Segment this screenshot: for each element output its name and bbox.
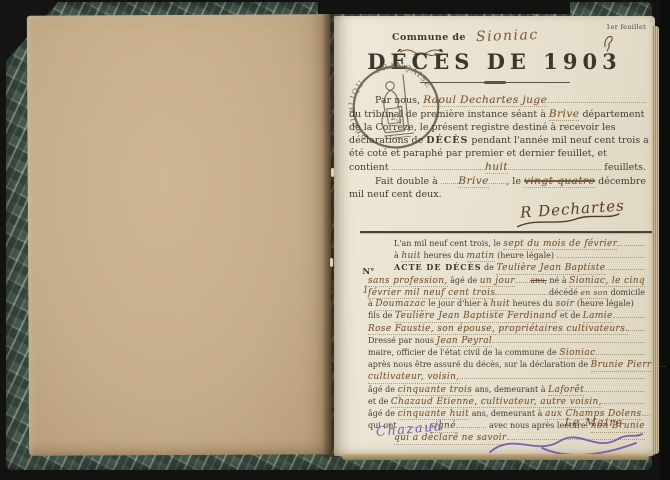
handwritten-text: février mil neuf cent trois <box>368 288 495 299</box>
printed-text: décembre <box>595 175 646 188</box>
handwritten-text: sept du mois de février <box>503 239 617 250</box>
printed-text: né à <box>547 276 569 286</box>
form-line: fils de Teulière Jean Baptiste Ferdinand… <box>368 311 645 323</box>
form-line: contient huit feuillets. <box>349 160 646 174</box>
handwritten-small: en son <box>580 288 608 299</box>
ruled-fill <box>441 175 458 184</box>
printed-text: Dressé par nous <box>368 336 437 346</box>
printed-caps: DÉCÈS <box>426 134 468 147</box>
ruled-fill <box>584 384 645 392</box>
page-stack-edge <box>652 26 659 454</box>
scan-backdrop <box>660 0 670 480</box>
printed-text: (heure légale) <box>495 251 557 261</box>
handwritten-text: cinquante trois <box>398 385 473 396</box>
handwritten-text: huit <box>401 251 421 262</box>
binding-stitch <box>330 258 333 267</box>
ruled-fill <box>642 408 650 416</box>
ruled-fill <box>508 161 601 170</box>
printed-text: de la Corrèze, le présent registre desti… <box>349 121 616 134</box>
ruled-fill <box>515 275 530 283</box>
handwritten-text: Rose Faustie, son épouse, propriétaires … <box>368 324 628 335</box>
form-line: et de Chazaud Etienne, cultivateur, autr… <box>368 396 645 408</box>
handwritten-text: Doumazac <box>375 299 425 310</box>
page-stack-edge-bottom <box>342 454 648 460</box>
form-line: ACTE DE DÉCÈS de Teulière Jean Baptiste <box>394 262 645 274</box>
ruled-fill <box>460 372 645 380</box>
ruled-fill <box>617 238 645 246</box>
printed-text: le jour d'hier à <box>426 299 491 309</box>
printed-text: ans, demeurant à <box>472 385 548 395</box>
printed-text: été coté et paraphé par premier et derni… <box>349 147 607 160</box>
register-page: 1er feuillet Commune de Sioniac DÉCÈS DE… <box>334 16 655 456</box>
handwritten-text: Teulière Jean Baptiste <box>496 263 605 274</box>
printed-text: âgé de <box>448 276 480 286</box>
handwritten-text: Laforêt <box>548 385 584 396</box>
ruled-fill <box>596 347 646 355</box>
folio-label: 1er feuillet <box>606 23 646 31</box>
handwritten-text: sans profession, <box>368 276 448 287</box>
handwritten-text: huit <box>485 160 508 174</box>
printed-text: , le <box>506 175 524 188</box>
printed-text: âgé de <box>368 409 398 419</box>
form-line: du tribunal de première instance séant à… <box>349 107 646 121</box>
printed-text: contient <box>349 161 392 174</box>
handwritten-text: un jour <box>480 276 515 287</box>
printed-text: de <box>482 263 497 273</box>
form-line: été coté et paraphé par premier et derni… <box>349 147 646 160</box>
form-line: à huit heures du matin (heure légale) <box>394 250 645 262</box>
printed-text: mil neuf cent deux. <box>349 188 442 201</box>
handwritten-text: Brive <box>549 107 580 121</box>
form-line: L'an mil neuf cent trois, le sept du moi… <box>394 238 645 250</box>
form-line: cultivateur, voisin, <box>368 372 645 384</box>
handwritten-text: Teulière Jean Baptiste Ferdinand <box>395 311 557 322</box>
printed-text: heures du <box>510 299 556 309</box>
form-line: maire, officier de l'état civil de la co… <box>368 347 645 359</box>
printed-text: Par nous, <box>375 94 423 107</box>
form-line: Dressé par nous Jean Peyral <box>368 335 645 347</box>
form-line: Rose Faustie, son épouse, propriétaires … <box>368 323 645 335</box>
backdrop-gap <box>318 0 570 14</box>
printed-text: feuillets. <box>601 161 646 174</box>
printed-text: L'an mil neuf cent trois, le <box>394 239 503 249</box>
ruled-fill <box>557 250 645 258</box>
handwritten-text: soir <box>556 299 575 310</box>
handwritten-text: matin <box>467 251 495 262</box>
printed-text: maire, officier de l'état civil de la co… <box>368 348 559 358</box>
handwritten-text: Jean Peyral <box>437 336 493 347</box>
printed-text: domicile <box>608 288 645 298</box>
section-divider-rule <box>360 231 652 233</box>
commune-name-handwritten: Sioniac <box>476 27 539 45</box>
form-line: déclarations de DÉCÈS pendant l'année mi… <box>349 134 646 147</box>
handwritten-text: Lamie <box>583 311 613 322</box>
form-line: Par nous, Raoul Dechartes juge <box>375 93 646 107</box>
printed-text: du tribunal de première instance séant à <box>349 108 549 121</box>
printed-caps: ACTE DE DÉCÈS <box>394 262 482 272</box>
printed-text: et de <box>368 397 391 407</box>
printed-text: ans, demeurant à <box>469 409 545 419</box>
ruled-fill <box>392 161 485 170</box>
printed-text: département <box>579 108 644 121</box>
ruled-fill <box>456 420 487 428</box>
form-line: âgé de cinquante trois ans, demeurant à … <box>368 384 645 396</box>
ruled-fill <box>613 311 645 319</box>
ruled-fill <box>492 335 645 343</box>
form-line: sans profession, âgé de un jourans, né à… <box>368 275 645 287</box>
printed-text: pendant l'année mil neuf cent trois a <box>468 134 648 147</box>
form-line: Fait double à Brive, le vingt quatre déc… <box>375 174 646 188</box>
handwritten-struck: vingt quatre <box>524 174 595 188</box>
handwritten-text: huit <box>490 299 510 310</box>
handwritten-text: Brunie Pierre <box>591 360 658 371</box>
commune-label: Commune de <box>392 32 466 43</box>
handwritten-text: cinquante huit <box>398 409 470 420</box>
form-line: février mil neuf cent troisdécédé en son… <box>368 287 645 299</box>
printed-text: âgé de <box>368 385 398 395</box>
printed-struck: ans, <box>530 276 547 286</box>
ruled-fill <box>602 396 645 404</box>
handwritten-text: Chazaud Etienne, cultivateur, autre vois… <box>391 397 602 408</box>
printed-text: fils de <box>368 311 395 321</box>
ruled-fill <box>547 94 646 103</box>
ruled-fill <box>489 175 506 184</box>
handwritten-text: Sioniac <box>559 348 595 359</box>
form-line: après nous être assuré du décès, sur la … <box>368 359 645 371</box>
printed-text: après nous être assuré du décès, sur la … <box>368 360 591 370</box>
printed-text: et de <box>557 311 582 321</box>
form-line: de la Corrèze, le présent registre desti… <box>349 121 646 134</box>
printed-text: heures du <box>421 251 467 261</box>
handwritten-text: Sioniac, le cinq <box>569 276 645 287</box>
handwritten-text: cultivateur, voisin, <box>368 372 460 383</box>
death-act-body: L'an mil neuf cent trois, le sept du moi… <box>368 238 645 445</box>
printed-text: déclarations de <box>349 134 426 147</box>
printed-text: décédé <box>549 288 580 298</box>
ruled-fill <box>606 263 646 271</box>
printed-text: Fait double à <box>375 175 441 188</box>
printed-text: (heure légale) <box>574 299 633 309</box>
form-line: à Doumazac le jour d'hier à huit heures … <box>368 299 645 310</box>
ruled-fill <box>628 323 645 331</box>
left-endpaper-page <box>27 14 332 456</box>
commune-row: Commune de Sioniac <box>392 28 539 44</box>
register-preamble: Par nous, Raoul Dechartes jugedu tribuna… <box>349 93 646 201</box>
handwritten-text: Raoul Dechartes juge <box>423 93 547 107</box>
ruled-fill <box>495 287 549 295</box>
title-underline <box>420 82 570 83</box>
handwritten-text: Brive <box>458 174 489 188</box>
